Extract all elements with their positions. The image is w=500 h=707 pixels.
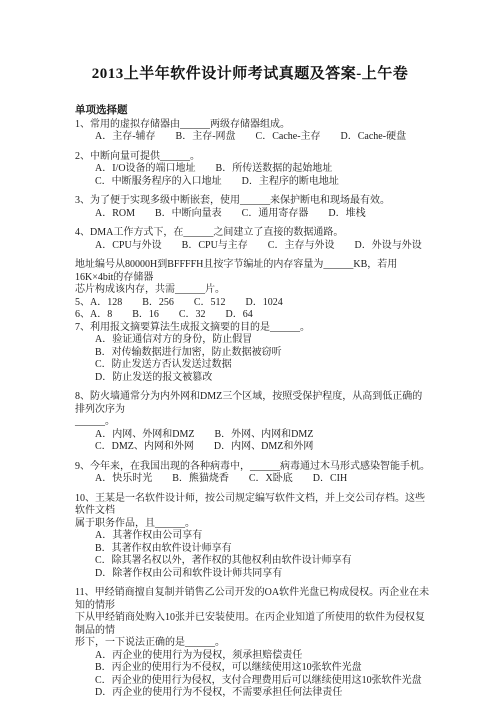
document-content: 单项选择题 1、常用的虚拟存储器由______两级存储器组成。A．主存-辅存 B… [75,105,432,700]
question-block: 2、中断向量可提供______。A．I/O设备的端口地址 B．所传送数据的起始地… [75,151,432,189]
option-line: A．验证通信对方的身份，防止假冒 [75,334,432,347]
question-text-line: 7、利用报文摘要算法生成报文摘要的目的是______。 [75,322,432,335]
option-line: A．快乐时光 B．熊猫烧香 C．X卧底 D．CIH [75,473,432,486]
document-page: 2013上半年软件设计师考试真题及答案-上午卷 单项选择题 1、常用的虚拟存储器… [0,0,500,707]
question-text-line: 芯片构成该内存，共需______片。 [75,284,432,297]
option-line: A．I/O设备的端口地址 B．所传送数据的起始地址 [75,163,432,176]
option-line: A．内网、外网和DMZ B．外网、内网和DMZ [75,429,432,442]
question-block: 9、今年来，在我国出现的各种病毒中，______病毒通过木马形式感染智能手机。A… [75,461,432,486]
option-line: A．CPU与外设 B．CPU与主存 C．主存与外设 D．外设与外设 [75,240,432,253]
question-block: 8、防火墙通常分为内外网和DMZ三个区域，按照受保护程度，从高到低正确的排列次序… [75,391,432,454]
section-heading: 单项选择题 [75,105,432,118]
question-block: 地址编号从80000H到BFFFFH且按字节编址的内存容量为______KB，若… [75,259,432,384]
option-line: B．丙企业的使用行为不侵权，可以继续使用这10张软件光盘 [75,662,432,675]
question-text-line: ______。 [75,416,432,429]
question-text-line: 8、防火墙通常分为内外网和DMZ三个区域，按照受保护程度，从高到低正确的排列次序… [75,391,432,416]
option-line: C．丙企业的使用行为侵权，支付合理费用后可以继续使用这10张软件光盘 [75,675,432,688]
question-block: 3、为了便于实现多级中断嵌套，使用______来保护断电和现场最有效。A．ROM… [75,195,432,220]
option-line: D．防止发送的报文被篡改 [75,372,432,385]
option-line: A．其著作权由公司享有 [75,530,432,543]
question-text-line: 形下，一下说法正确的是______。 [75,637,432,650]
option-line: A．丙企业的使用行为为侵权，须承担赔偿责任 [75,650,432,663]
option-line: A．主存-辅存 B．主存-网盘 C．Cache-主存 D．Cache-硬盘 [75,131,432,144]
document-title: 2013上半年软件设计师考试真题及答案-上午卷 [0,0,500,83]
option-line: B．其著作权由软件设计师享有 [75,543,432,556]
question-text-line: 4、DMA工作方式下，在______之间建立了直接的数据通路。 [75,227,432,240]
question-list: 1、常用的虚拟存储器由______两级存储器组成。A．主存-辅存 B．主存-网盘… [75,119,432,700]
question-block: 11、甲经销商擅自复制并销售乙公司开发的OA软件光盘已构成侵权。丙企业在未知的情… [75,587,432,700]
question-text-line: 1、常用的虚拟存储器由______两级存储器组成。 [75,119,432,132]
question-text-line: 9、今年来，在我国出现的各种病毒中，______病毒通过木马形式感染智能手机。 [75,461,432,474]
option-line: C．中断服务程序的入口地址 D．主程序的断电地址 [75,176,432,189]
question-block: 1、常用的虚拟存储器由______两级存储器组成。A．主存-辅存 B．主存-网盘… [75,119,432,144]
question-text-line: 3、为了便于实现多级中断嵌套，使用______来保护断电和现场最有效。 [75,195,432,208]
question-text-line: 5、A．128 B．256 C．512 D．1024 [75,297,432,310]
question-text-line: 6、A．8 B．16 C．32 D．64 [75,309,432,322]
option-line: D．丙企业的使用行为不侵权，不需要承担任何法律责任 [75,687,432,700]
question-block: 10、王某是一名软件设计师，按公司规定编写软件文档，并上交公司存档。这些软件文档… [75,493,432,581]
question-text-line: 地址编号从80000H到BFFFFH且按字节编址的内存容量为______KB，若… [75,259,432,284]
option-line: C．防止发送方否认发送过数据 [75,359,432,372]
question-text-line: 2、中断向量可提供______。 [75,151,432,164]
question-text-line: 10、王某是一名软件设计师，按公司规定编写软件文档，并上交公司存档。这些软件文档 [75,493,432,518]
question-text-line: 11、甲经销商擅自复制并销售乙公司开发的OA软件光盘已构成侵权。丙企业在未知的情… [75,587,432,612]
question-block: 4、DMA工作方式下，在______之间建立了直接的数据通路。A．CPU与外设 … [75,227,432,252]
question-text-line: 下从甲经销商处购入10张并已安装使用。在丙企业知道了所使用的软件为侵权复制品的情 [75,612,432,637]
option-line: A．ROM B．中断向量表 C．通用寄存器 D．堆栈 [75,208,432,221]
option-line: C．除其署名权以外，著作权的其他权利由软件设计师享有 [75,555,432,568]
option-line: C．DMZ、内网和外网 D．内网、DMZ和外网 [75,441,432,454]
option-line: D．除著作权由公司和软件设计师共同享有 [75,568,432,581]
question-text-line: 属于职务作品，且______。 [75,518,432,531]
option-line: B．对传输数据进行加密，防止数据被窃听 [75,347,432,360]
